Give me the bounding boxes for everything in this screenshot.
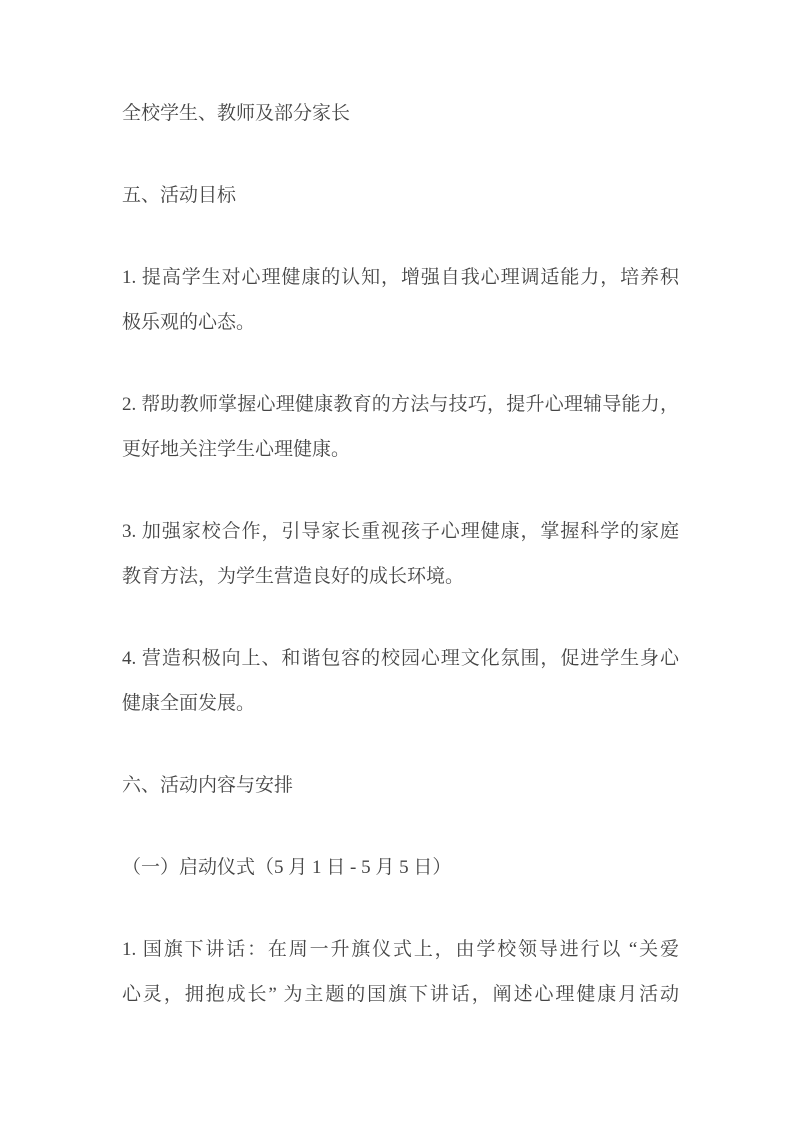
heading-text: 六、活动内容与安排 bbox=[122, 763, 679, 808]
section-heading-goals: 五、活动目标 bbox=[122, 173, 679, 218]
text-line: 3. 加强家校合作，引导家长重视孩子心理健康，掌握科学的家庭 bbox=[122, 509, 679, 554]
heading-text: （一）启动仪式（5 月 1 日 - 5 月 5 日） bbox=[122, 845, 679, 890]
text-line: 1. 国旗下讲话：在周一升旗仪式上，由学校领导进行以 “关爱 bbox=[122, 927, 679, 972]
text-line: 健康全面发展。 bbox=[122, 681, 679, 726]
activity-item-flag-speech: 1. 国旗下讲话：在周一升旗仪式上，由学校领导进行以 “关爱 心灵，拥抱成长” … bbox=[122, 927, 679, 1017]
text-line: 教育方法，为学生营造良好的成长环境。 bbox=[122, 554, 679, 599]
text-line: 更好地关注学生心理健康。 bbox=[122, 427, 679, 472]
section-heading-arrangements: 六、活动内容与安排 bbox=[122, 763, 679, 808]
text-line: 4. 营造积极向上、和谐包容的校园心理文化氛围，促进学生身心 bbox=[122, 636, 679, 681]
recipients-line: 全校学生、教师及部分家长 bbox=[122, 91, 679, 136]
goal-item-1: 1. 提高学生对心理健康的认知，增强自我心理调适能力，培养积 极乐观的心态。 bbox=[122, 255, 679, 345]
document-page: 全校学生、教师及部分家长 五、活动目标 1. 提高学生对心理健康的认知，增强自我… bbox=[0, 0, 793, 1122]
goal-item-3: 3. 加强家校合作，引导家长重视孩子心理健康，掌握科学的家庭 教育方法，为学生营… bbox=[122, 509, 679, 599]
text-line: 心灵，拥抱成长” 为主题的国旗下讲话，阐述心理健康月活动 bbox=[122, 972, 679, 1017]
text-line: 极乐观的心态。 bbox=[122, 300, 679, 345]
subsection-heading-launch-ceremony: （一）启动仪式（5 月 1 日 - 5 月 5 日） bbox=[122, 845, 679, 890]
text-line: 1. 提高学生对心理健康的认知，增强自我心理调适能力，培养积 bbox=[122, 255, 679, 300]
goal-item-2: 2. 帮助教师掌握心理健康教育的方法与技巧，提升心理辅导能力， 更好地关注学生心… bbox=[122, 382, 679, 472]
goal-item-4: 4. 营造积极向上、和谐包容的校园心理文化氛围，促进学生身心 健康全面发展。 bbox=[122, 636, 679, 726]
heading-text: 五、活动目标 bbox=[122, 173, 679, 218]
text-line: 2. 帮助教师掌握心理健康教育的方法与技巧，提升心理辅导能力， bbox=[122, 382, 679, 427]
text-line: 全校学生、教师及部分家长 bbox=[122, 91, 679, 136]
